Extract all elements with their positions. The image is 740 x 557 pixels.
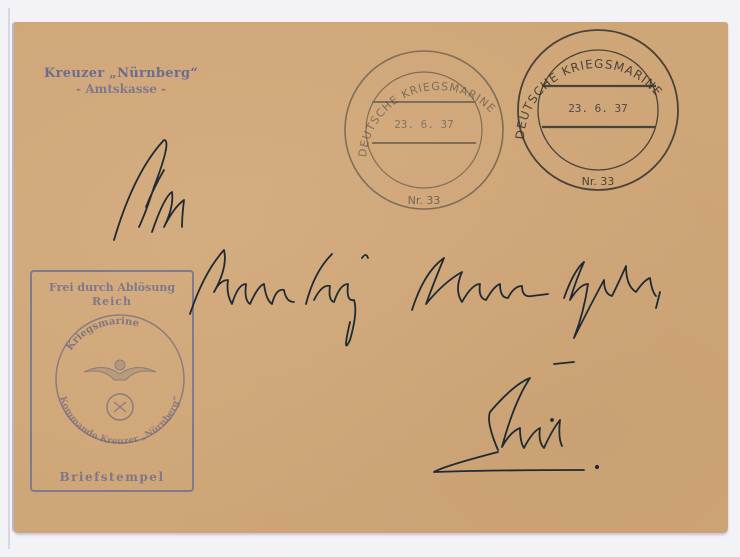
seal-arc-top: Kriegsmarine — [64, 316, 140, 353]
stamps-and-handwriting-layer: DEUTSCHE KRIEGSMARINE 23. 6. 37 Nr. 33 D… — [14, 22, 728, 533]
postmark-faint-number: Nr. 33 — [408, 194, 441, 207]
postmark-faint-date: 23. 6. 37 — [394, 118, 454, 131]
address-recipient: Sammlung Marine-Schule — [190, 300, 203, 303]
address-salutation: An — [126, 220, 128, 223]
postmark-strong-date: 23. 6. 37 — [568, 102, 628, 115]
envelope: Kreuzer „Nürnberg“ - Amtskasse - Frei du… — [14, 22, 728, 533]
postmark-strong-number: Nr. 33 — [582, 175, 615, 188]
seal-arc-bottom: Kommando Kreuzer „Nürnberg“ — [57, 395, 183, 447]
scan-bed-edge — [8, 8, 10, 549]
handwriting-strokes — [114, 140, 660, 472]
